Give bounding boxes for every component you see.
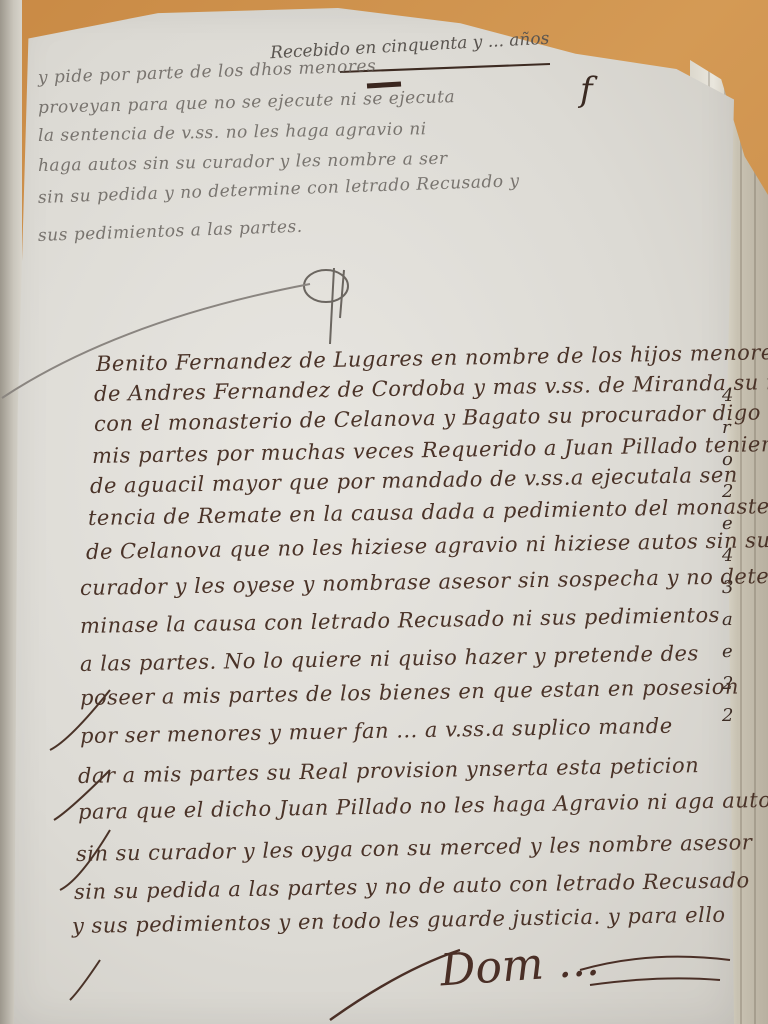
margin-mark-top: f — [580, 70, 593, 110]
signature-flourish — [320, 930, 740, 1024]
right-margin-marks: 4 r o 2 e 4 3 a e 2 2 — [722, 380, 762, 732]
descender-strokes — [40, 680, 120, 1010]
